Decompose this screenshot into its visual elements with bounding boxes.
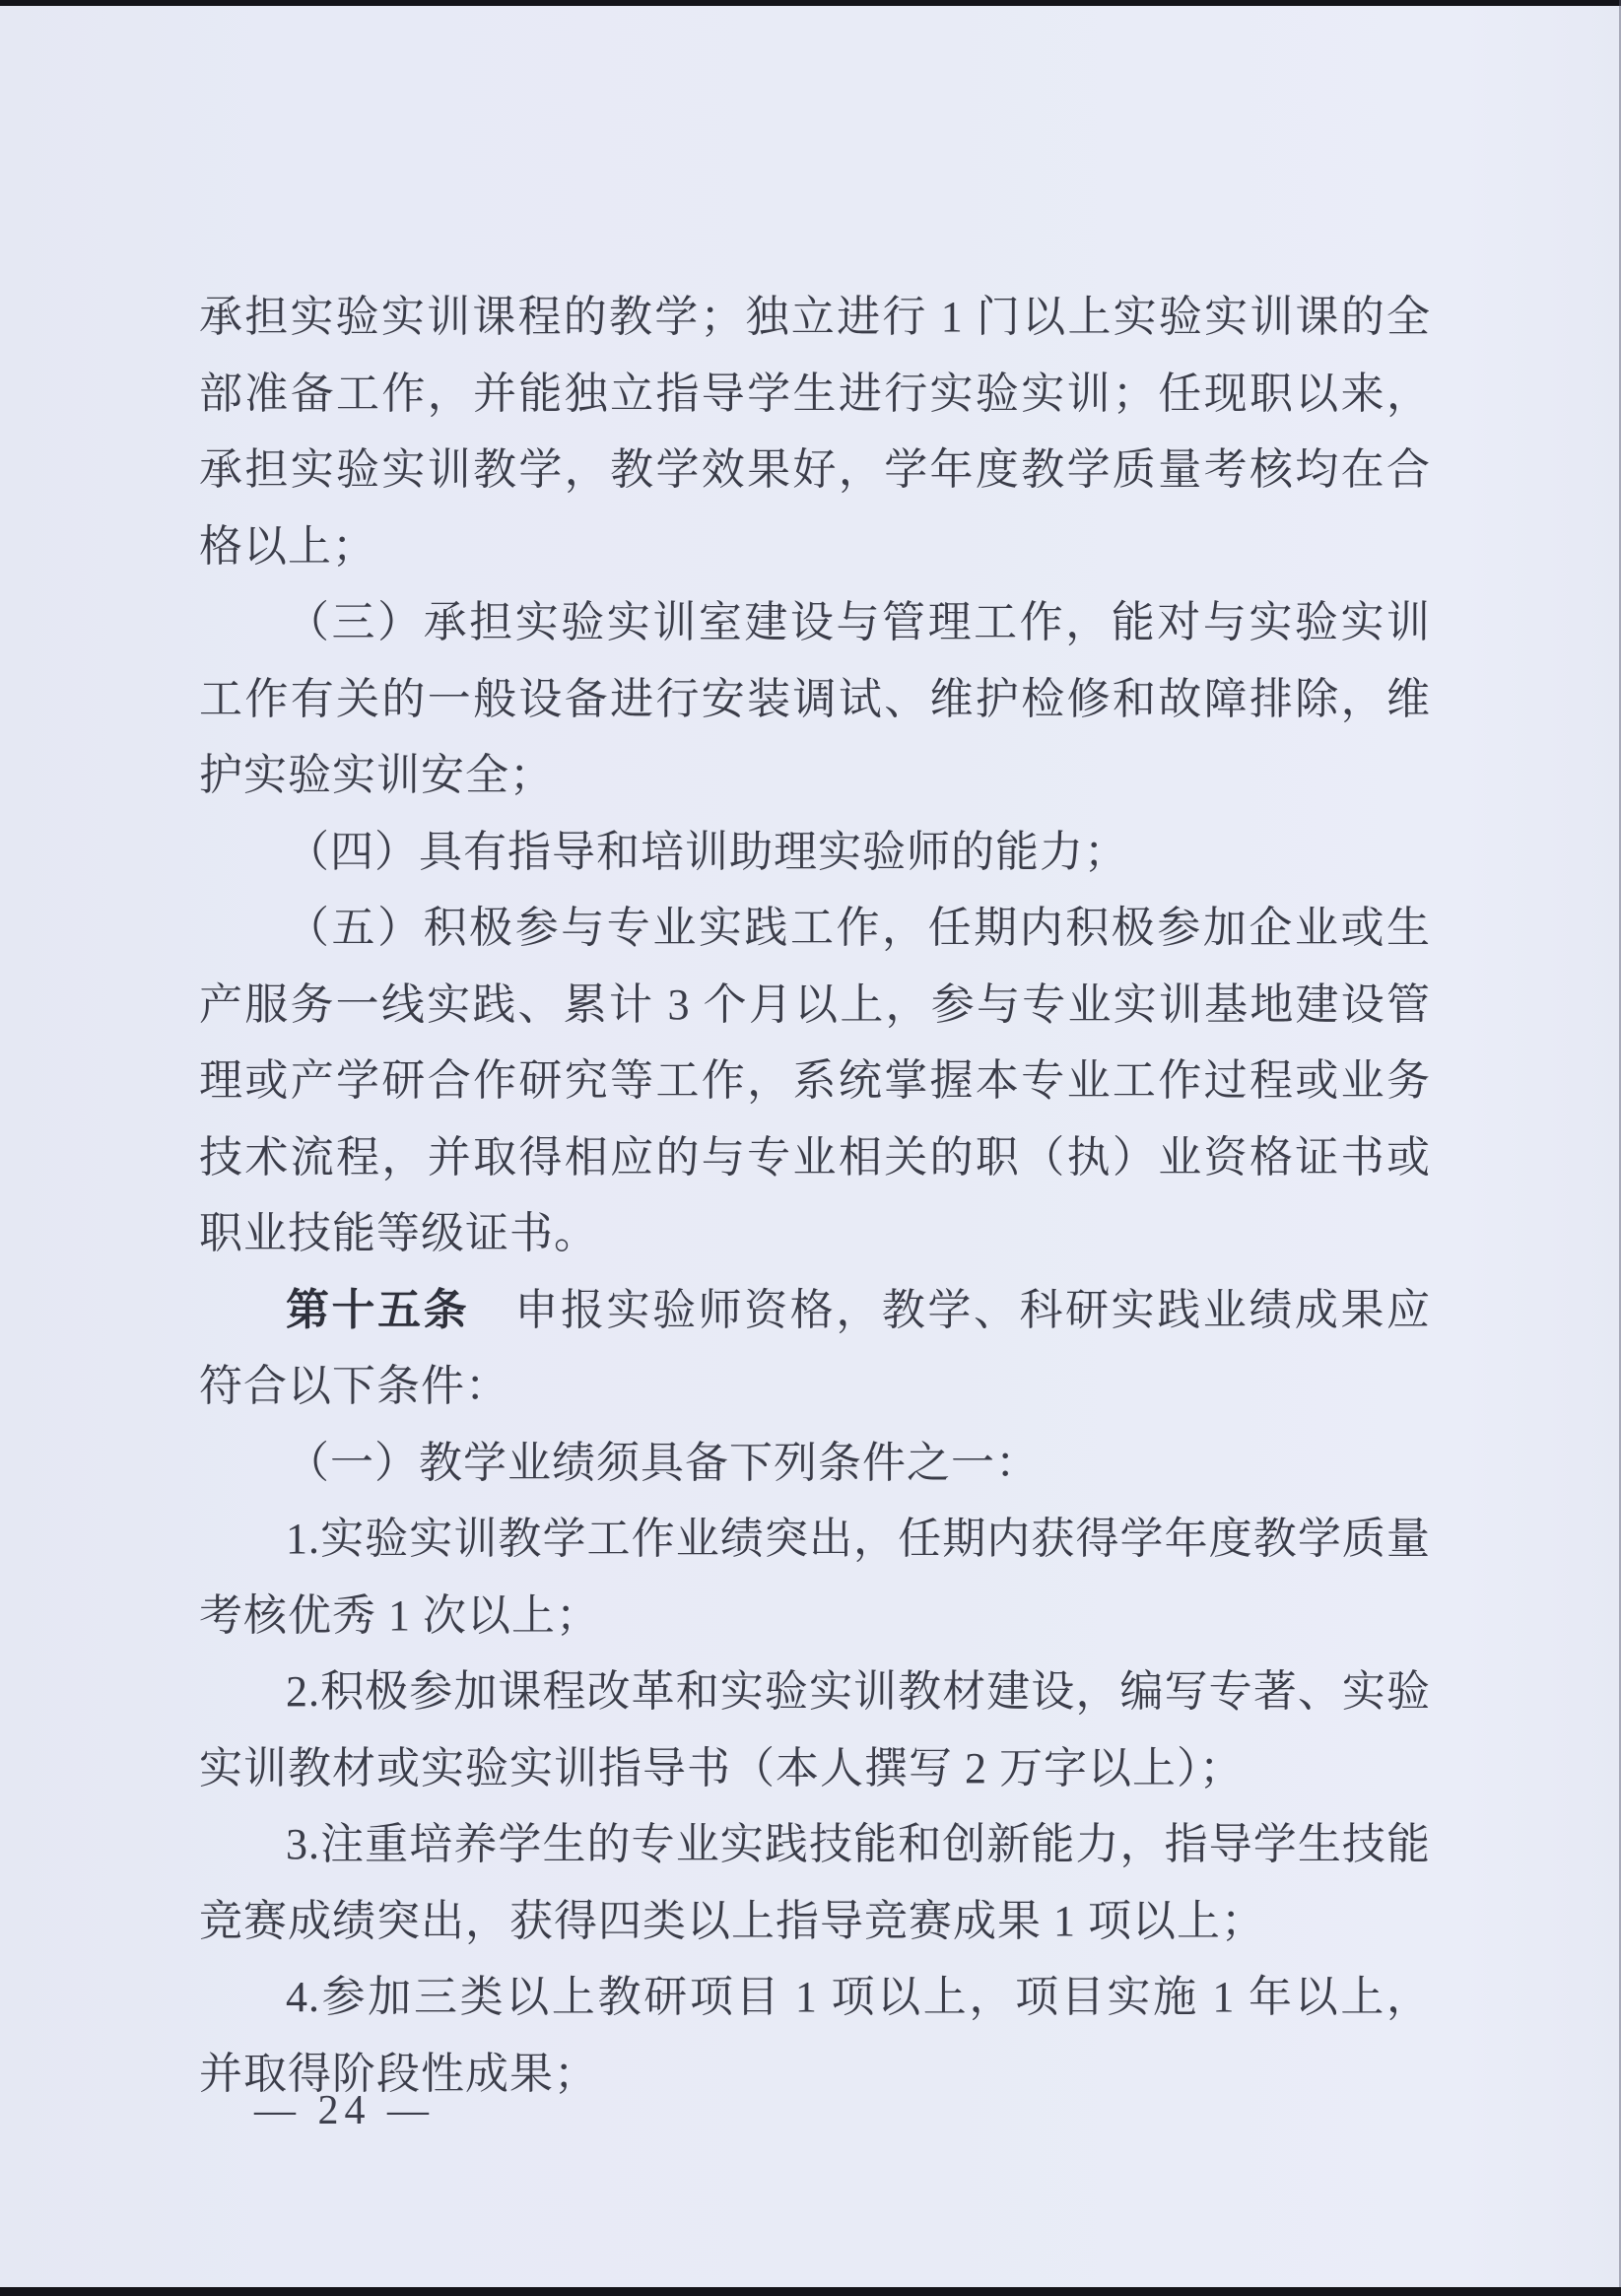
paragraph: 3.注重培养学生的专业实践技能和创新能力，指导学生技能竞赛成绩突出，获得四类以上… bbox=[199, 1806, 1431, 1959]
paragraph: （四）具有指导和培训助理实验师的能力； bbox=[199, 814, 1431, 891]
paragraph: 1.实验实训教学工作业绩突出，任期内获得学年度教学质量考核优秀 1 次以上； bbox=[199, 1501, 1431, 1654]
paragraph: 第十五条申报实验师资格，教学、科研实践业绩成果应符合以下条件： bbox=[199, 1272, 1431, 1425]
document-page: 承担实验实训课程的教学；独立进行 1 门以上实验实训课的全部准备工作，并能独立指… bbox=[0, 0, 1621, 2296]
paragraph: （三）承担实验实训室建设与管理工作，能对与实验实训工作有关的一般设备进行安装调试… bbox=[199, 584, 1431, 814]
paragraph: 2.积极参加课程改革和实验实训教材建设，编写专著、实验实训教材或实验实训指导书（… bbox=[199, 1654, 1431, 1806]
paragraph: 承担实验实训课程的教学；独立进行 1 门以上实验实训课的全部准备工作，并能独立指… bbox=[199, 279, 1431, 584]
scan-edge-top bbox=[0, 0, 1621, 6]
page-number: — 24 — bbox=[254, 2087, 435, 2134]
article-number: 第十五条 bbox=[286, 1286, 469, 1334]
document-body: 承担实验实训课程的教学；独立进行 1 门以上实验实训课的全部准备工作，并能独立指… bbox=[199, 279, 1431, 2112]
paragraph: （五）积极参与专业实践工作，任期内积极参加企业或生产服务一线实践、累计 3 个月… bbox=[199, 890, 1431, 1272]
scan-edge-bottom bbox=[0, 2287, 1621, 2296]
paragraph: （一）教学业绩须具备下列条件之一： bbox=[199, 1425, 1431, 1502]
